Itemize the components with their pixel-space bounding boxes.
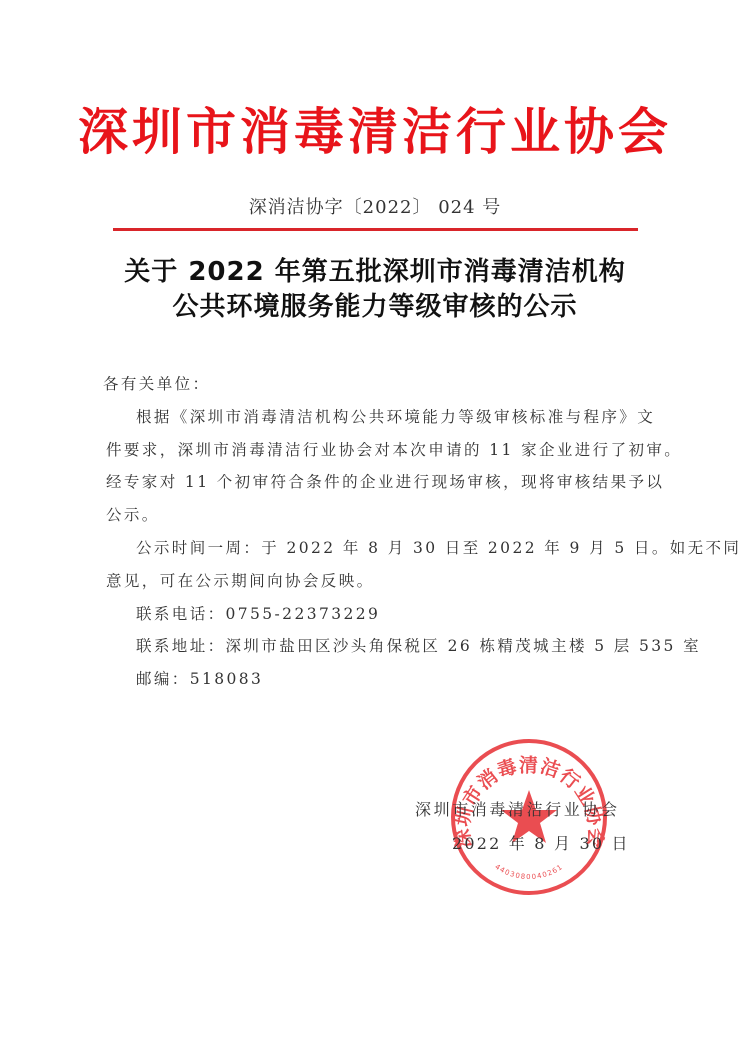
svg-text:4403080040261: 4403080040261 — [493, 863, 564, 881]
notice-subject: 关于 2022 年第五批深圳市消毒清洁机构 公共环境服务能力等级审核的公示 — [0, 255, 750, 325]
signature-org: 深圳市消毒清洁行业协会 — [415, 793, 655, 827]
document-number: 深消洁协字〔2022〕 024 号 — [0, 196, 750, 220]
contact-phone: 联系电话：0755-22373229 — [103, 598, 663, 631]
subject-line-1: 关于 2022 年第五批深圳市消毒清洁机构 — [0, 255, 750, 290]
subject-line-2: 公共环境服务能力等级审核的公示 — [0, 290, 750, 325]
para1-line-4: 公示。 — [103, 499, 663, 532]
postcode: 邮编：518083 — [103, 663, 663, 696]
notice-body: 各有关单位： 根据《深圳市消毒清洁机构公共环境能力等级审核标准与程序》文 件要求… — [103, 368, 663, 696]
signature-block: 深圳市消毒清洁行业协会 2022 年 8 月 30 日 — [415, 793, 655, 861]
para1-line-1: 根据《深圳市消毒清洁机构公共环境能力等级审核标准与程序》文 — [103, 401, 663, 434]
seal-code: 4403080040261 — [493, 863, 564, 881]
contact-address: 联系地址：深圳市盐田区沙头角保税区 26 栋精茂城主楼 5 层 535 室 — [103, 630, 663, 663]
letterhead-red-rule — [113, 228, 638, 231]
para1-line-3: 经专家对 11 个初审符合条件的企业进行现场审核，现将审核结果予以 — [103, 466, 663, 499]
para2-line-1: 公示时间一周：于 2022 年 8 月 30 日至 2022 年 9 月 5 日… — [103, 532, 663, 565]
para1-line-2: 件要求，深圳市消毒清洁行业协会对本次申请的 11 家企业进行了初审。 — [103, 434, 663, 467]
para2-line-2: 意见，可在公示期间向协会反映。 — [103, 565, 663, 598]
salutation: 各有关单位： — [103, 368, 663, 401]
signature-date: 2022 年 8 月 30 日 — [415, 827, 655, 861]
document-page: 深圳市消毒清洁行业协会 深消洁协字〔2022〕 024 号 关于 2022 年第… — [0, 0, 750, 1060]
org-letterhead-title: 深圳市消毒清洁行业协会 — [0, 100, 750, 164]
